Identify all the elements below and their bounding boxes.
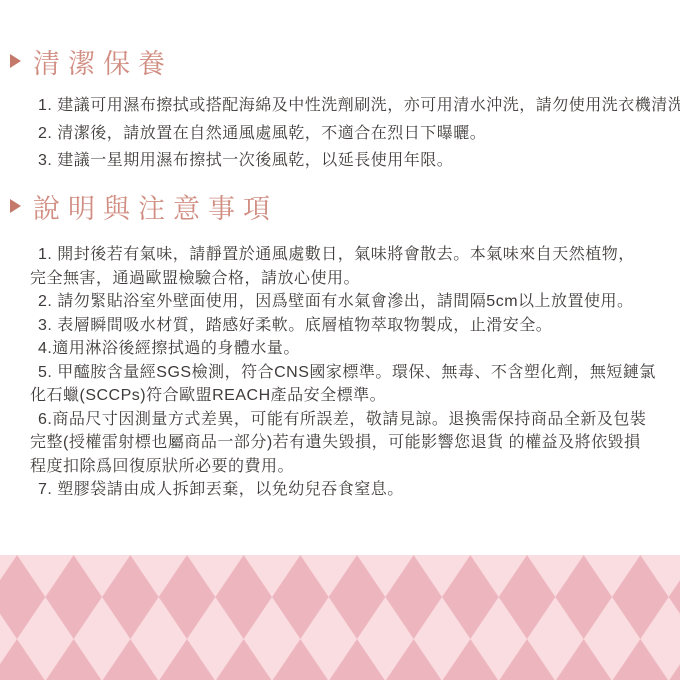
section-cleaning-title: 清潔保養	[33, 42, 173, 81]
pattern-diamonds-overlay	[0, 555, 680, 680]
triangle-bullet-icon	[10, 54, 21, 68]
list-item: 3. 建議一星期用濕布擦拭一次後風乾，以延長使用年限。	[30, 147, 676, 175]
care-instructions-page: 清潔保養 1. 建議可用濕布擦拭或搭配海綿及中性洗劑刷洗，亦可用清水沖洗，請勿使…	[0, 0, 680, 680]
list-item: 4.適用淋浴後經擦拭過的身體水量。	[30, 337, 676, 361]
harlequin-pattern-svg	[0, 555, 680, 680]
list-item: 7. 塑膠袋請由成人拆卸丟棄，以免幼兒吞食窒息。	[30, 478, 676, 502]
list-item: 3. 表層瞬間吸水材質，踏感好柔軟。底層植物萃取物製成，止滑安全。	[30, 314, 676, 338]
section-cleaning-header: 清潔保養	[0, 44, 680, 78]
section-notes: 說明與注意事項 1. 開封後若有氣味，請靜置於通風處數日，氣味將會散去。本氣味來…	[0, 189, 680, 502]
section-notes-title: 說明與注意事項	[33, 187, 278, 226]
cleaning-instruction-list: 1. 建議可用濕布擦拭或搭配海綿及中性洗劑刷洗，亦可用清水沖洗，請勿使用洗衣機清…	[0, 92, 680, 175]
list-item: 5. 甲醯胺含量經SGS檢測，符合CNS國家標準。環保、無毒、不含塑化劑，無短鏈…	[30, 361, 676, 408]
section-cleaning-care: 清潔保養 1. 建議可用濕布擦拭或搭配海綿及中性洗劑刷洗，亦可用清水沖洗，請勿使…	[0, 44, 680, 175]
list-item: 1. 開封後若有氣味，請靜置於通風處數日，氣味將會散去。本氣味來自天然植物，完全…	[30, 243, 676, 290]
diamond-pattern-band	[0, 555, 680, 680]
notes-instruction-list: 1. 開封後若有氣味，請靜置於通風處數日，氣味將會散去。本氣味來自天然植物，完全…	[0, 243, 680, 502]
section-notes-header: 說明與注意事項	[0, 189, 680, 223]
list-item: 1. 建議可用濕布擦拭或搭配海綿及中性洗劑刷洗，亦可用清水沖洗，請勿使用洗衣機清…	[30, 92, 676, 120]
list-item: 2. 清潔後，請放置在自然通風處風乾，不適合在烈日下曝曬。	[30, 120, 676, 148]
list-item: 2. 請勿緊貼浴室外壁面使用，因爲壁面有水氣會滲出，請間隔5cm以上放置使用。	[30, 290, 676, 314]
list-item: 6.商品尺寸因測量方式差異，可能有所誤差，敬請見諒。退換需保持商品全新及包裝完整…	[30, 408, 676, 479]
triangle-bullet-icon	[10, 199, 21, 213]
